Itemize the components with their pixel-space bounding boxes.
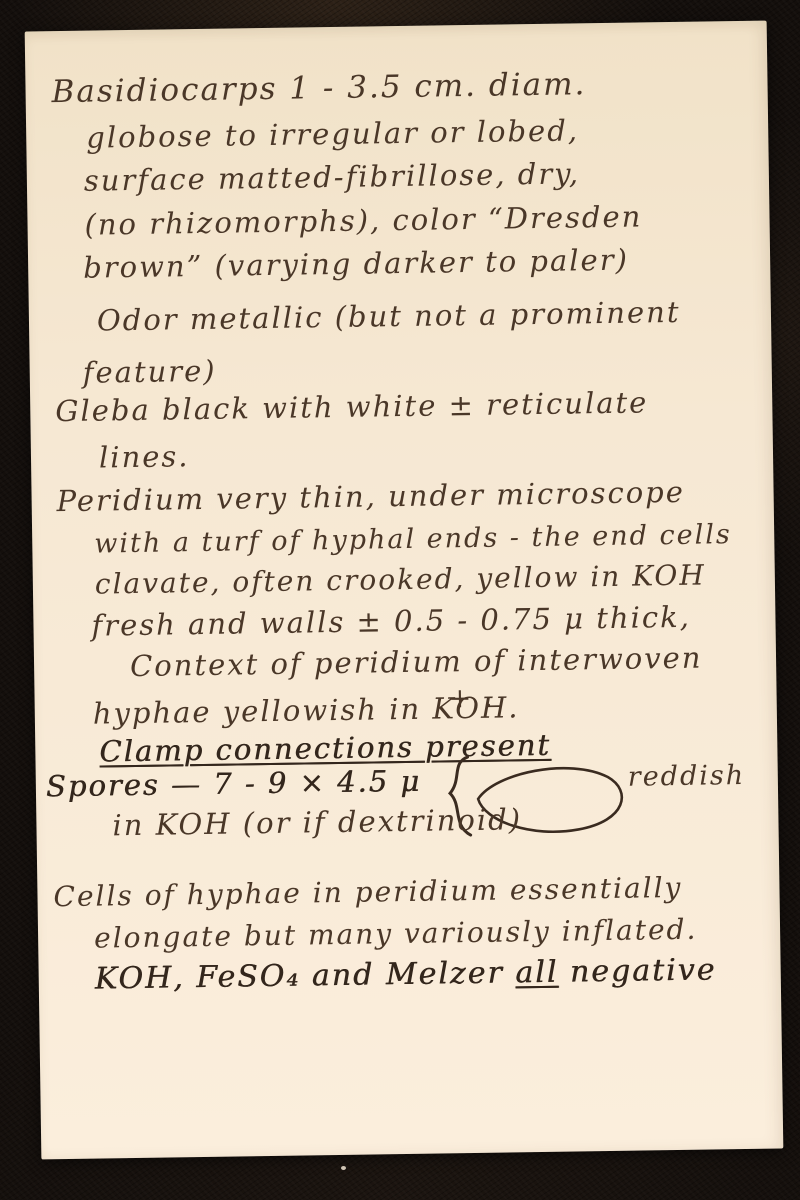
line-peridium-1: Peridium very thin, under microscope	[56, 478, 685, 516]
line-gleba-2: lines.	[99, 442, 190, 472]
chemical-tests-pre: KOH, FeSO₄ and Melzer	[94, 955, 515, 996]
chemical-tests-post: negative	[558, 952, 717, 989]
line-color-1: (no rhizomorphs), color “Dresden	[84, 202, 642, 239]
spore-color-note: reddish	[628, 762, 746, 791]
line-chemical-tests: KOH, FeSO₄ and Melzer all negative	[95, 955, 717, 994]
line-basidiocarp-size: Basidiocarps 1 - 3.5 cm. diam.	[51, 69, 586, 108]
chemical-tests-all: all	[515, 955, 559, 991]
line-cells-2: elongate but many variously inflated.	[94, 916, 698, 953]
line-spore-reaction: in KOH (or if dextrinoid)	[112, 805, 522, 840]
line-shape: globose to irregular or lobed,	[86, 116, 579, 152]
line-spore-size: Spores — 7 - 9 × 4.5 μ	[46, 767, 422, 802]
line-peridium-3: clavate, often crooked, yellow in KOH	[95, 562, 706, 599]
photo-of-handwritten-note: Basidiocarps 1 - 3.5 cm. diam. globose t…	[0, 0, 800, 1200]
line-surface: surface matted-fibrillose, dry,	[84, 159, 580, 195]
line-color-2: brown” (varying darker to paler)	[83, 246, 629, 283]
line-peridium-4: fresh and walls ± 0.5 - 0.75 μ thick,	[91, 603, 691, 641]
line-cells-1: Cells of hyphae in peridium essentially	[53, 874, 682, 911]
plus-annotation: + .	[448, 685, 494, 713]
note-paper: Basidiocarps 1 - 3.5 cm. diam. globose t…	[25, 21, 784, 1160]
line-context-1: Context of peridium of interwoven	[130, 644, 703, 681]
line-odor-2: feature)	[83, 357, 217, 388]
dust-speck	[341, 1166, 346, 1170]
line-gleba-1: Gleba black with white ± reticulate	[55, 388, 648, 426]
line-peridium-2: with a turf of hyphal ends - the end cel…	[94, 521, 732, 557]
line-odor-1: Odor metallic (but not a prominent	[97, 298, 681, 336]
